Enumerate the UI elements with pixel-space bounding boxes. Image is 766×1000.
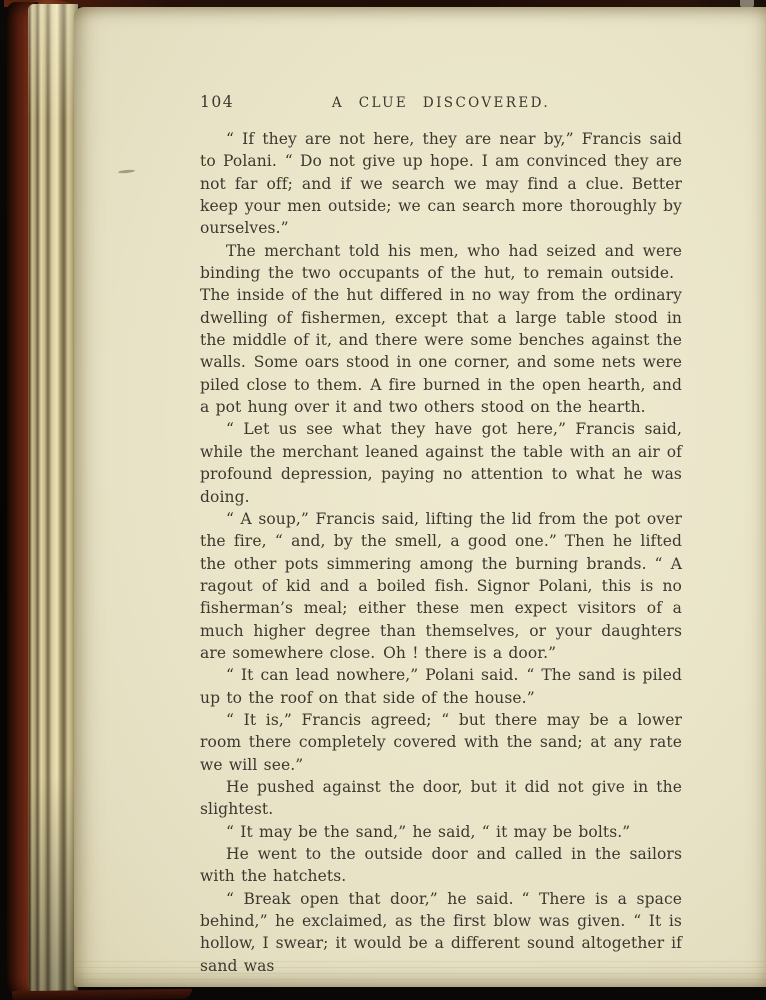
book-cover-top-edge (4, 0, 766, 7)
page-body-text: “ If they are not here, they are near by… (200, 128, 682, 977)
paragraph: “ A soup,” Francis said, lifting the lid… (200, 508, 682, 664)
paragraph: He went to the outside door and called i… (200, 843, 682, 888)
page-tab-edge (740, 0, 754, 7)
book-cover-bottom-edge (12, 989, 192, 1000)
paragraph: The merchant told his men, who had seize… (200, 240, 682, 419)
paragraph: “ If they are not here, they are near by… (200, 128, 682, 240)
paragraph: “ It can lead nowhere,” Polani said. “ T… (200, 664, 682, 709)
paragraph: “ It may be the sand,” he said, “ it may… (200, 821, 682, 843)
paragraph: He pushed against the door, but it did n… (200, 776, 682, 821)
page-content: 104 A CLUE DISCOVERED. “ If they are not… (200, 91, 682, 977)
page-edge-stack (28, 4, 78, 992)
paragraph: “ Break open that door,” he said. “ Ther… (200, 888, 682, 977)
running-head-title: A CLUE DISCOVERED. (200, 95, 682, 111)
paragraph: “ It is,” Francis agreed; “ but there ma… (200, 709, 682, 776)
book-page: 104 A CLUE DISCOVERED. “ If they are not… (74, 7, 766, 987)
book-scan-photo: 104 A CLUE DISCOVERED. “ If they are not… (0, 0, 766, 1000)
page-header: 104 A CLUE DISCOVERED. (200, 91, 682, 115)
margin-smudge-mark (118, 169, 135, 173)
paragraph: “ Let us see what they have got here,” F… (200, 418, 682, 507)
